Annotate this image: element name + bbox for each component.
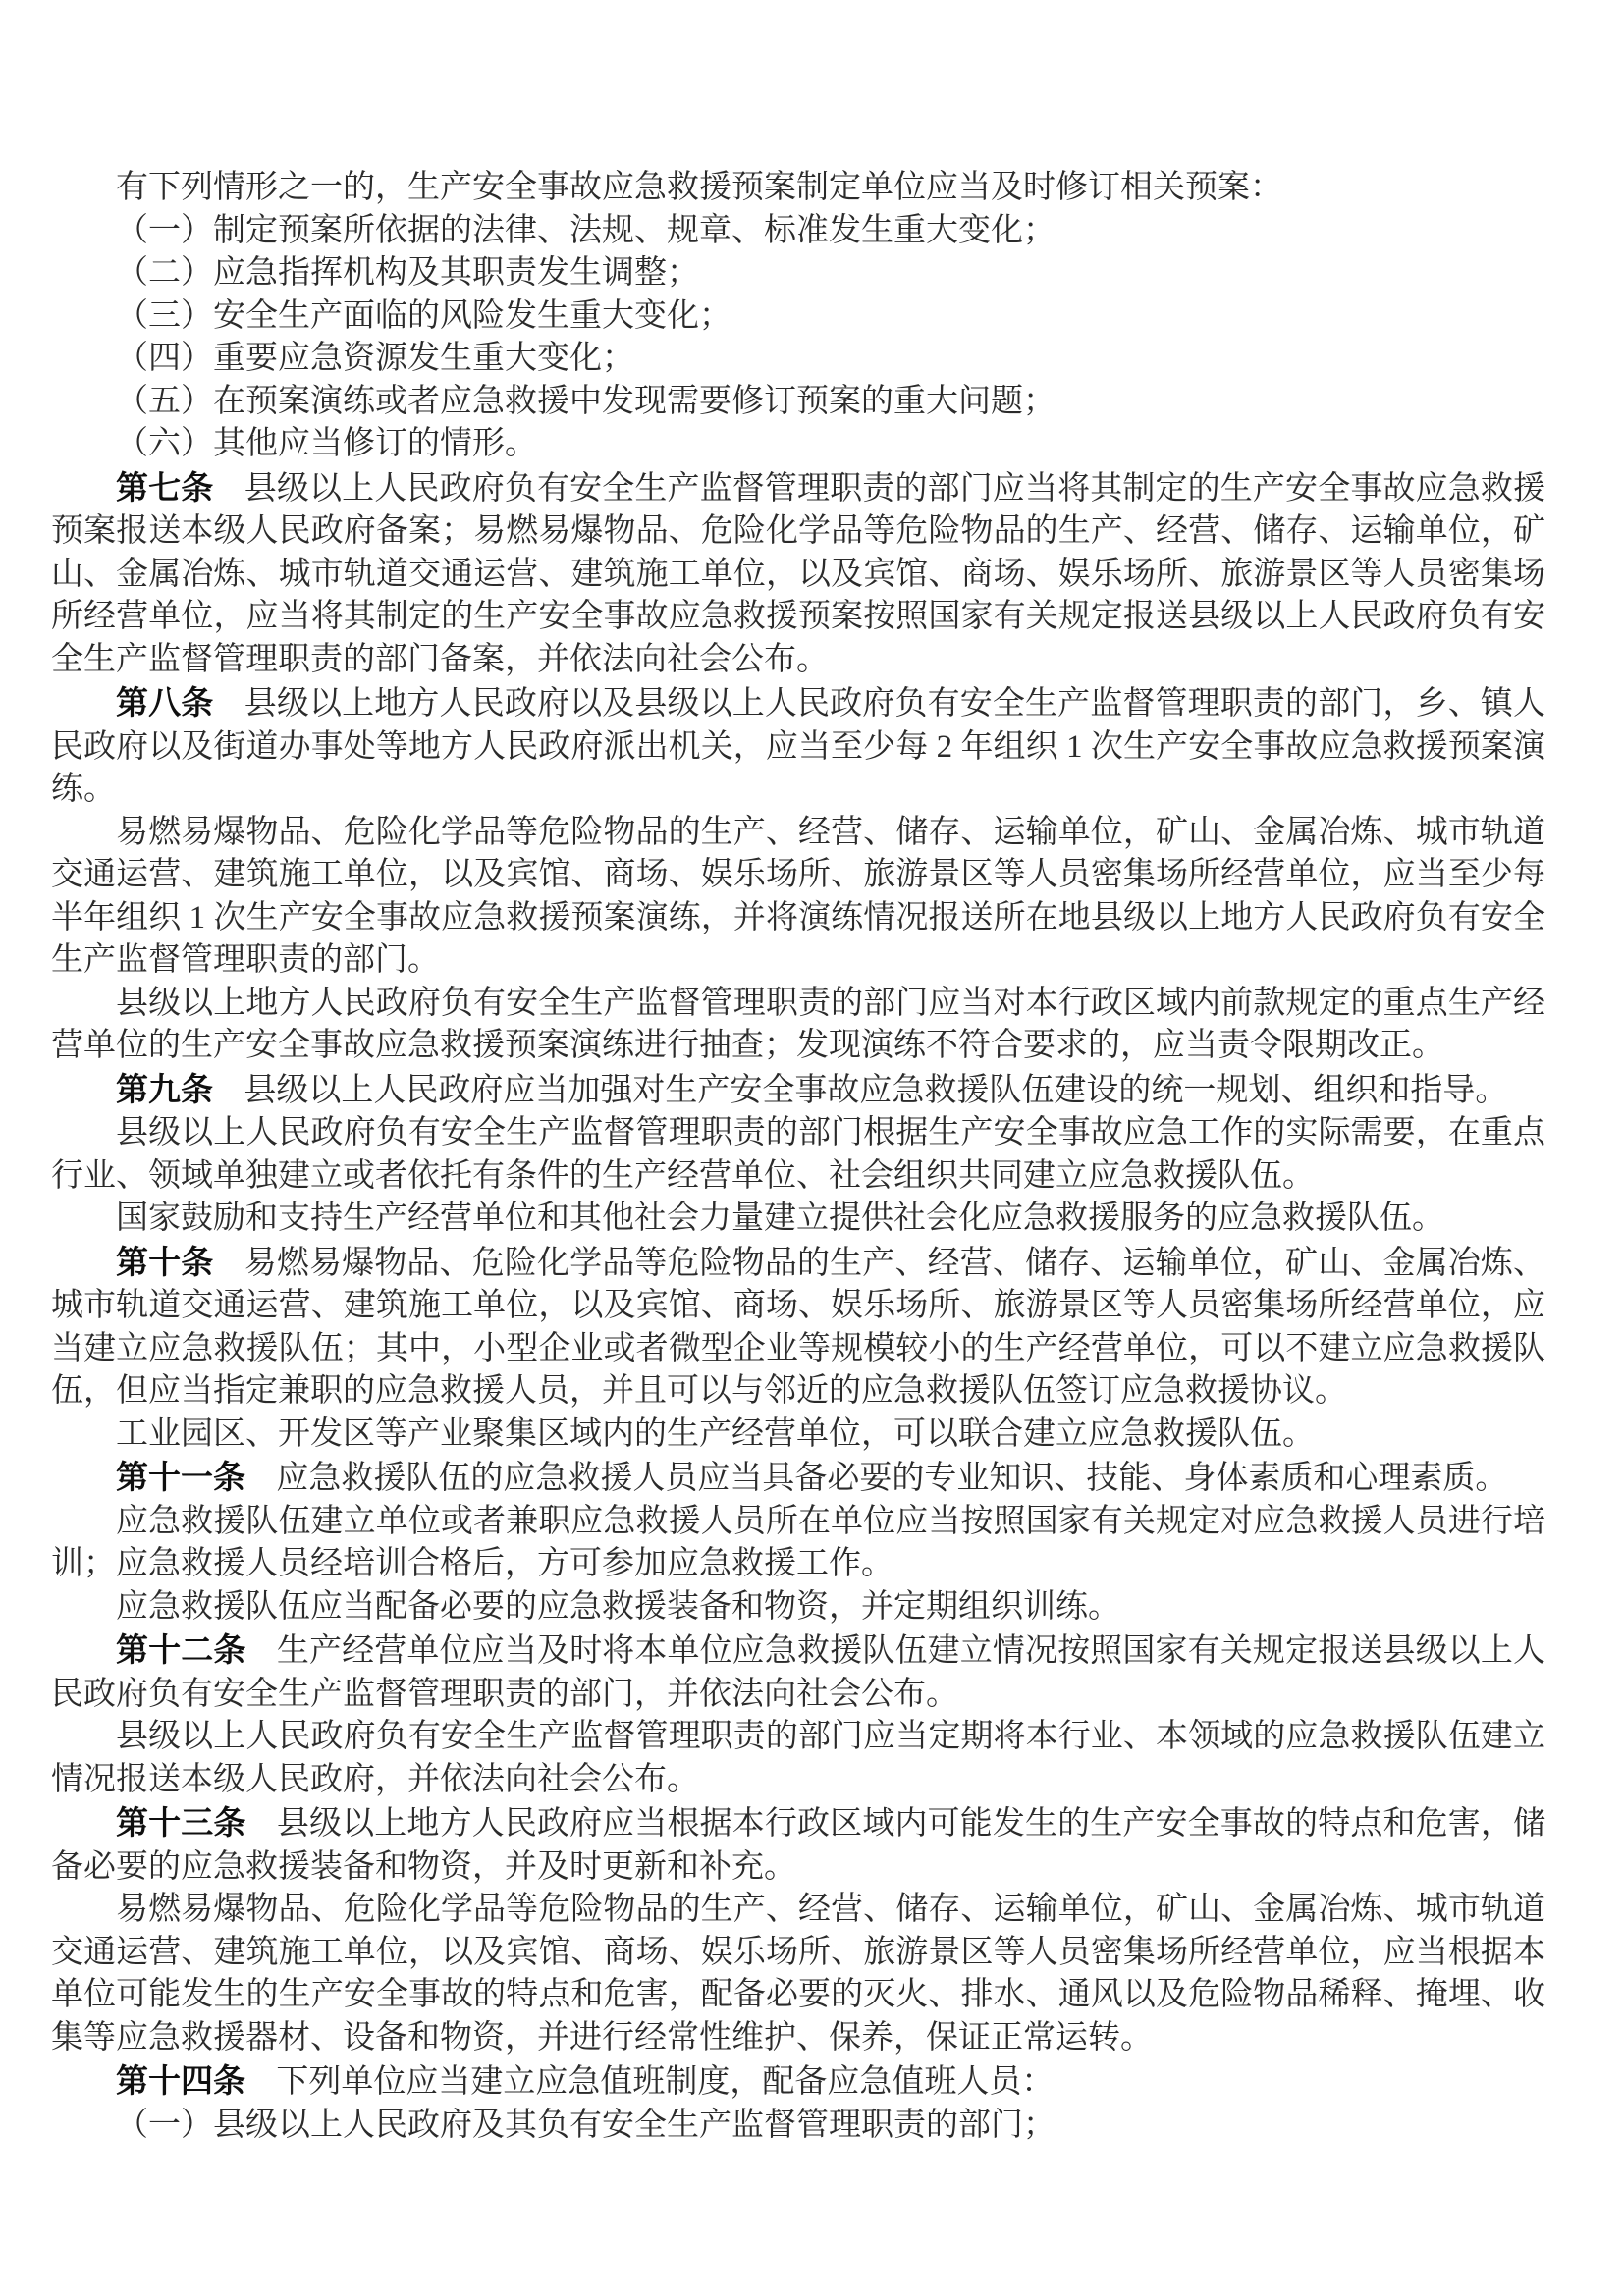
- article-number: 第九条: [116, 1071, 213, 1107]
- paragraph: 应急救援队伍应当配备必要的应急救援装备和物资，并定期组织训练。: [51, 1586, 1545, 1629]
- paragraph-text: 县级以上人民政府负有安全生产监督管理职责的部门根据生产安全事故应急工作的实际需要…: [51, 1115, 1545, 1194]
- paragraph: （六）其他应当修订的情形。: [51, 423, 1545, 466]
- article-paragraph: 第九条县级以上人民政府应当加强对生产安全事故应急救援队伍建设的统一规划、组织和指…: [51, 1068, 1545, 1113]
- paragraph: （三）安全生产面临的风险发生重大变化；: [51, 295, 1545, 339]
- paragraph-text: 有下列情形之一的，生产安全事故应急救援预案制定单位应当及时修订相关预案：: [116, 170, 1282, 205]
- paragraph-text: 县级以上地方人民政府以及县级以上人民政府负有安全生产监督管理职责的部门，乡、镇人…: [51, 686, 1545, 807]
- paragraph: 易燃易爆物品、危险化学品等危险物品的生产、经营、储存、运输单位，矿山、金属冶炼、…: [51, 1889, 1545, 2059]
- paragraph-text: 应急救援队伍建立单位或者兼职应急救援人员所在单位应当按照国家有关规定对应急救援人…: [51, 1504, 1545, 1582]
- paragraph: 应急救援队伍建立单位或者兼职应急救援人员所在单位应当按照国家有关规定对应急救援人…: [51, 1501, 1545, 1586]
- paragraph: （一）制定预案所依据的法律、法规、规章、标准发生重大变化；: [51, 210, 1545, 253]
- paragraph: 国家鼓励和支持生产经营单位和其他社会力量建立提供社会化应急救援服务的应急救援队伍…: [51, 1198, 1545, 1241]
- article-number: 第十三条: [116, 1804, 246, 1841]
- paragraph-text: 易燃易爆物品、危险化学品等危险物品的生产、经营、储存、运输单位，矿山、金属冶炼、…: [51, 1246, 1545, 1410]
- paragraph-text: 县级以上地方人民政府负有安全生产监督管理职责的部门应当对本行政区域内前款规定的重…: [51, 986, 1545, 1064]
- paragraph: （五）在预案演练或者应急救援中发现需要修订预案的重大问题；: [51, 381, 1545, 424]
- paragraph-text: 县级以上地方人民政府应当根据本行政区域内可能发生的生产安全事故的特点和危害，储备…: [51, 1806, 1545, 1885]
- article-paragraph: 第十三条县级以上地方人民政府应当根据本行政区域内可能发生的生产安全事故的特点和危…: [51, 1801, 1545, 1889]
- article-number: 第七条: [116, 469, 213, 506]
- paragraph-text: 生产经营单位应当及时将本单位应急救援队伍建立情况按照国家有关规定报送县级以上人民…: [51, 1633, 1545, 1712]
- article-paragraph: 第七条县级以上人民政府负有安全生产监督管理职责的部门应当将其制定的生产安全事故应…: [51, 466, 1545, 682]
- paragraph-text: （四）重要应急资源发生重大变化；: [116, 341, 634, 376]
- article-paragraph: 第八条县级以上地方人民政府以及县级以上人民政府负有安全生产监督管理职责的部门，乡…: [51, 681, 1545, 812]
- paragraph-text: （一）制定预案所依据的法律、法规、规章、标准发生重大变化；: [116, 213, 1056, 248]
- article-number: 第八条: [116, 684, 213, 721]
- paragraph-text: 下列单位应当建立应急值班制度，配备应急值班人员：: [276, 2064, 1054, 2100]
- paragraph: （二）应急指挥机构及其职责发生调整；: [51, 252, 1545, 295]
- article-number: 第十一条: [116, 1459, 245, 1495]
- paragraph: （四）重要应急资源发生重大变化；: [51, 338, 1545, 381]
- paragraph: 有下列情形之一的，生产安全事故应急救援预案制定单位应当及时修订相关预案：: [51, 167, 1545, 210]
- document-body: 有下列情形之一的，生产安全事故应急救援预案制定单位应当及时修订相关预案：（一）制…: [51, 167, 1545, 2147]
- article-number: 第十二条: [116, 1631, 246, 1668]
- paragraph-text: 县级以上人民政府负有安全生产监督管理职责的部门应当将其制定的生产安全事故应急救援…: [51, 471, 1545, 677]
- article-number: 第十条: [116, 1244, 213, 1280]
- paragraph: （一）县级以上人民政府及其负有安全生产监督管理职责的部门；: [51, 2105, 1545, 2148]
- article-paragraph: 第十一条应急救援队伍的应急救援人员应当具备必要的专业知识、技能、身体素质和心理素…: [51, 1456, 1545, 1501]
- paragraph: 县级以上人民政府负有安全生产监督管理职责的部门应当定期将本行业、本领域的应急救援…: [51, 1716, 1545, 1801]
- paragraph-text: 国家鼓励和支持生产经营单位和其他社会力量建立提供社会化应急救援服务的应急救援队伍…: [116, 1201, 1444, 1236]
- paragraph: 易燃易爆物品、危险化学品等危险物品的生产、经营、储存、运输单位，矿山、金属冶炼、…: [51, 812, 1545, 983]
- paragraph: 工业园区、开发区等产业聚集区域内的生产经营单位，可以联合建立应急救援队伍。: [51, 1414, 1545, 1457]
- paragraph-text: （三）安全生产面临的风险发生重大变化；: [116, 298, 731, 334]
- document-page: 有下列情形之一的，生产安全事故应急救援预案制定单位应当及时修订相关预案：（一）制…: [0, 0, 1624, 2296]
- paragraph: 县级以上人民政府负有安全生产监督管理职责的部门根据生产安全事故应急工作的实际需要…: [51, 1112, 1545, 1198]
- paragraph-text: 县级以上人民政府应当加强对生产安全事故应急救援队伍建设的统一规划、组织和指导。: [244, 1073, 1507, 1108]
- paragraph-text: （五）在预案演练或者应急救援中发现需要修订预案的重大问题；: [116, 384, 1056, 419]
- paragraph-text: 易燃易爆物品、危险化学品等危险物品的生产、经营、储存、运输单位，矿山、金属冶炼、…: [51, 815, 1545, 979]
- article-paragraph: 第十条易燃易爆物品、危险化学品等危险物品的生产、经营、储存、运输单位，矿山、金属…: [51, 1241, 1545, 1414]
- paragraph-text: 县级以上人民政府负有安全生产监督管理职责的部门应当定期将本行业、本领域的应急救援…: [51, 1719, 1545, 1797]
- article-paragraph: 第十二条生产经营单位应当及时将本单位应急救援队伍建立情况按照国家有关规定报送县级…: [51, 1629, 1545, 1716]
- paragraph-text: （二）应急指挥机构及其职责发生调整；: [116, 255, 699, 291]
- paragraph-text: 工业园区、开发区等产业聚集区域内的生产经营单位，可以联合建立应急救援队伍。: [116, 1416, 1315, 1452]
- paragraph-text: 应急救援队伍的应急救援人员应当具备必要的专业知识、技能、身体素质和心理素质。: [276, 1461, 1507, 1496]
- paragraph-text: （一）县级以上人民政府及其负有安全生产监督管理职责的部门；: [116, 2108, 1056, 2143]
- paragraph-text: 易燃易爆物品、危险化学品等危险物品的生产、经营、储存、运输单位，矿山、金属冶炼、…: [51, 1892, 1545, 2056]
- paragraph: 县级以上地方人民政府负有安全生产监督管理职责的部门应当对本行政区域内前款规定的重…: [51, 983, 1545, 1068]
- article-paragraph: 第十四条下列单位应当建立应急值班制度，配备应急值班人员：: [51, 2059, 1545, 2105]
- paragraph-text: 应急救援队伍应当配备必要的应急救援装备和物资，并定期组织训练。: [116, 1589, 1120, 1625]
- paragraph-text: （六）其他应当修订的情形。: [116, 426, 537, 461]
- article-number: 第十四条: [116, 2062, 245, 2099]
